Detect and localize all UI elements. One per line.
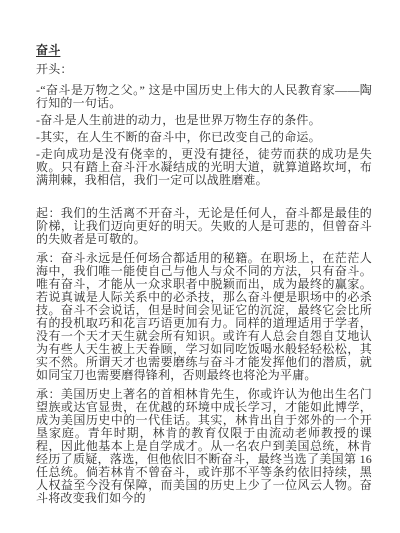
document-title-text: 奋斗: [36, 43, 60, 57]
opening-point-3: -其实，在人生不断的奋斗中，你已改变自己的命运。: [36, 131, 372, 144]
section-gap: [36, 191, 372, 207]
body-paragraph-cheng-2: 承：美国历史上著名的首相林肯先生，你或许认为他出生名门望族或达官显贵，在优越的环…: [36, 388, 372, 505]
opening-point-1: -“奋斗是万物之父。” 这是中国历史上伟大的人民教育家——陶行知的一句话。: [36, 84, 372, 110]
opening-section-label: 开头：: [36, 63, 372, 76]
document-title: 奋斗: [36, 44, 372, 57]
body-paragraph-cheng-1: 承：奋斗永远是任何场合都适用的秘籍。在职场上，在茫茫人海中，我们唯一能使自己与他…: [36, 252, 372, 382]
body-paragraph-qi: 起：我们的生活离不开奋斗，无论是任何人，奋斗都是最佳的阶梯，让我们迈向更好的明天…: [36, 207, 372, 246]
opening-point-4: -走向成功是没有侥幸的，更没有捷径，徒劳而获的成功是失败。只有踏上奋斗汗水凝结成…: [36, 148, 372, 187]
opening-point-2: -奋斗是人生前进的动力，也是世界万物生存的条件。: [36, 114, 372, 127]
document-page: 奋斗 开头： -“奋斗是万物之父。” 这是中国历史上伟大的人民教育家——陶行知的…: [0, 0, 400, 533]
